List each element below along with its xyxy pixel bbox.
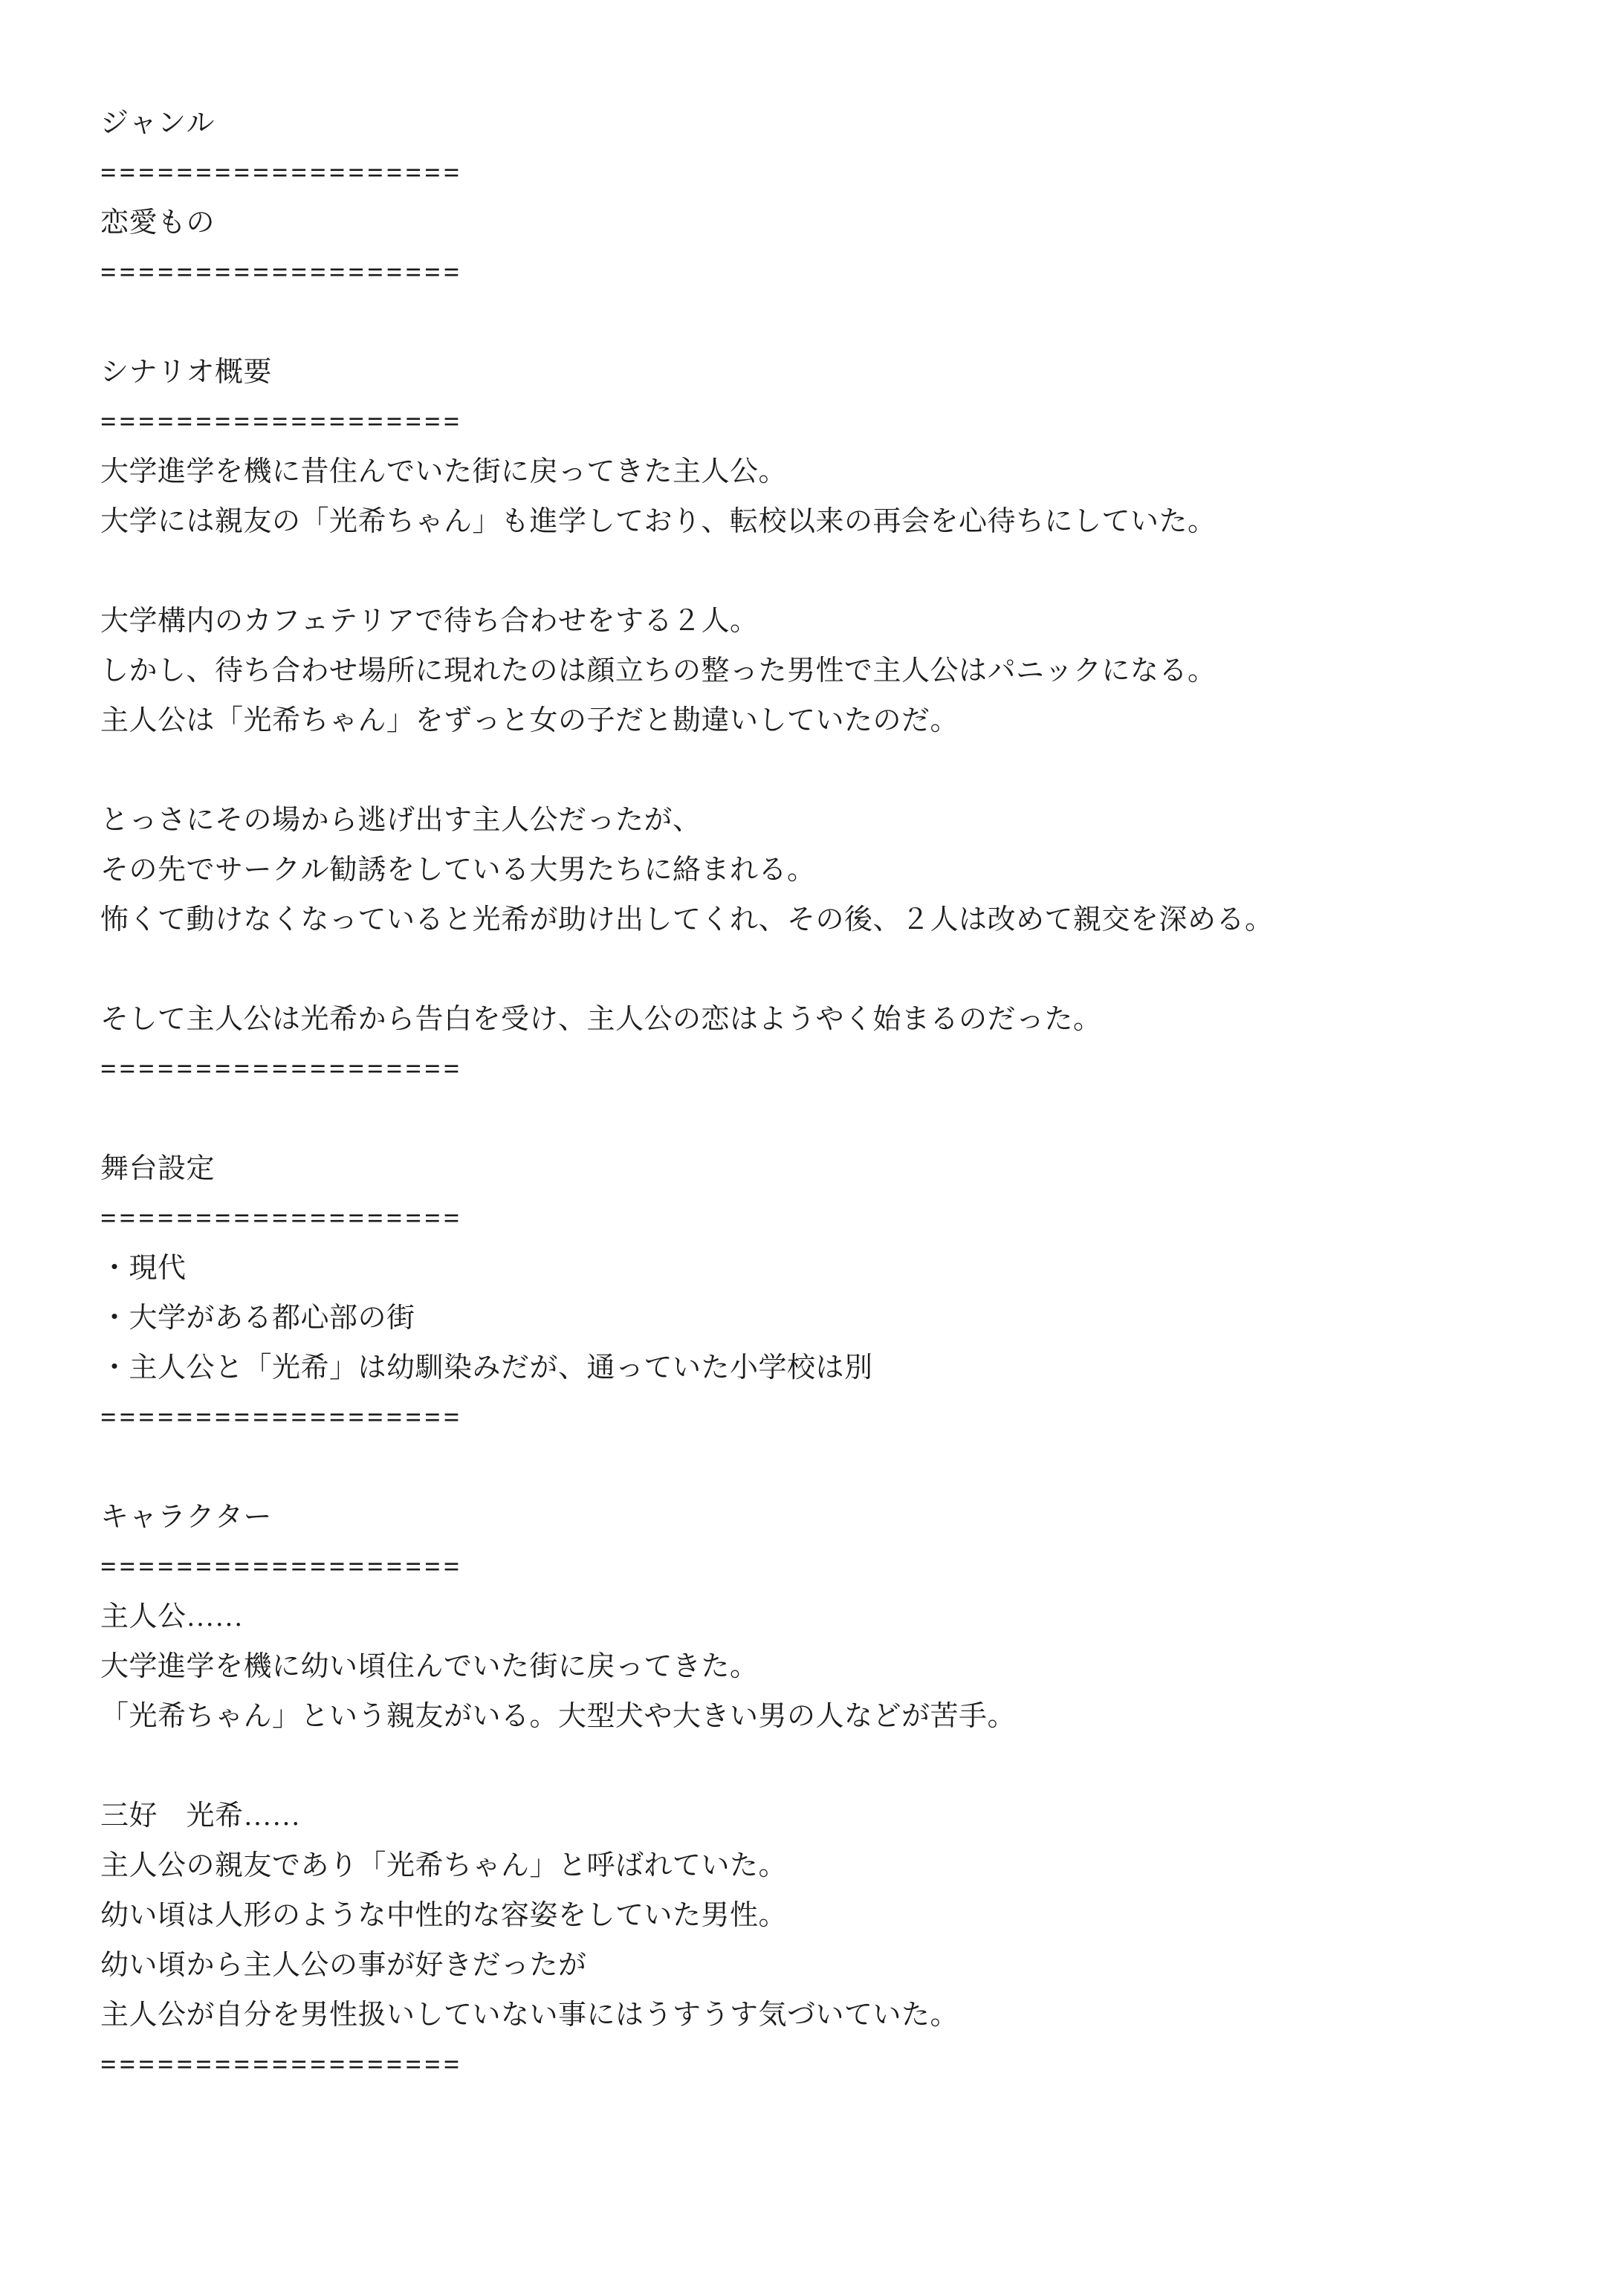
text-line: 主人公は「光希ちゃん」をずっと女の子だと勘違いしていたのだ。: [100, 696, 1564, 746]
text-line: そして主人公は光希から告白を受け、主人公の恋はようやく始まるのだった。: [100, 995, 1564, 1045]
blank-line: [100, 1443, 1564, 1493]
text-line: ・現代: [100, 1244, 1564, 1294]
section-heading: ジャンル: [100, 99, 1564, 149]
text-line: 恋愛もの: [100, 198, 1564, 248]
text-line: 大学進学を機に幼い頃住んでいた街に戻ってきた。: [100, 1642, 1564, 1692]
divider-line: ===================: [100, 1045, 1564, 1095]
text-line: 大学には親友の「光希ちゃん」も進学しており、転校以来の再会を心待ちにしていた。: [100, 497, 1564, 547]
blank-line: [100, 945, 1564, 995]
document-page: ジャンル===================恋愛もの=============…: [0, 0, 1623, 2296]
text-line: 幼い頃から主人公の事が好きだったが: [100, 1941, 1564, 1991]
divider-line: ===================: [100, 2040, 1564, 2090]
divider-line: ===================: [100, 1393, 1564, 1443]
blank-line: [100, 547, 1564, 597]
section-heading: 舞台設定: [100, 1144, 1564, 1194]
blank-line: [100, 746, 1564, 796]
text-line: その先でサークル勧誘をしている大男たちに絡まれる。: [100, 846, 1564, 895]
text-line: 三好 光希……: [100, 1791, 1564, 1841]
text-line: 幼い頃は人形のような中性的な容姿をしていた男性。: [100, 1891, 1564, 1941]
text-line: 大学進学を機に昔住んでいた街に戻ってきた主人公。: [100, 447, 1564, 497]
text-line: 主人公……: [100, 1592, 1564, 1642]
section-heading: シナリオ概要: [100, 348, 1564, 398]
text-line: しかし、待ち合わせ場所に現れたのは顔立ちの整った男性で主人公はパニックになる。: [100, 646, 1564, 696]
text-line: ・大学がある都心部の街: [100, 1294, 1564, 1343]
divider-line: ===================: [100, 1543, 1564, 1592]
text-line: 怖くて動けなくなっていると光希が助け出してくれ、その後、２人は改めて親交を深める…: [100, 895, 1564, 945]
divider-line: ===================: [100, 1194, 1564, 1244]
divider-line: ===================: [100, 149, 1564, 198]
text-line: 大学構内のカフェテリアで待ち合わせをする２人。: [100, 597, 1564, 646]
divider-line: ===================: [100, 398, 1564, 447]
blank-line: [100, 1095, 1564, 1144]
text-line: ・主人公と「光希」は幼馴染みだが、通っていた小学校は別: [100, 1343, 1564, 1393]
divider-line: ===================: [100, 248, 1564, 298]
document-body: ジャンル===================恋愛もの=============…: [100, 99, 1564, 2090]
text-line: とっさにその場から逃げ出す主人公だったが、: [100, 796, 1564, 846]
blank-line: [100, 298, 1564, 348]
section-heading: キャラクター: [100, 1493, 1564, 1543]
text-line: 主人公の親友であり「光希ちゃん」と呼ばれていた。: [100, 1841, 1564, 1891]
blank-line: [100, 1742, 1564, 1791]
text-line: 「光希ちゃん」という親友がいる。大型犬や大きい男の人などが苦手。: [100, 1692, 1564, 1742]
text-line: 主人公が自分を男性扱いしていない事にはうすうす気づいていた。: [100, 1991, 1564, 2040]
